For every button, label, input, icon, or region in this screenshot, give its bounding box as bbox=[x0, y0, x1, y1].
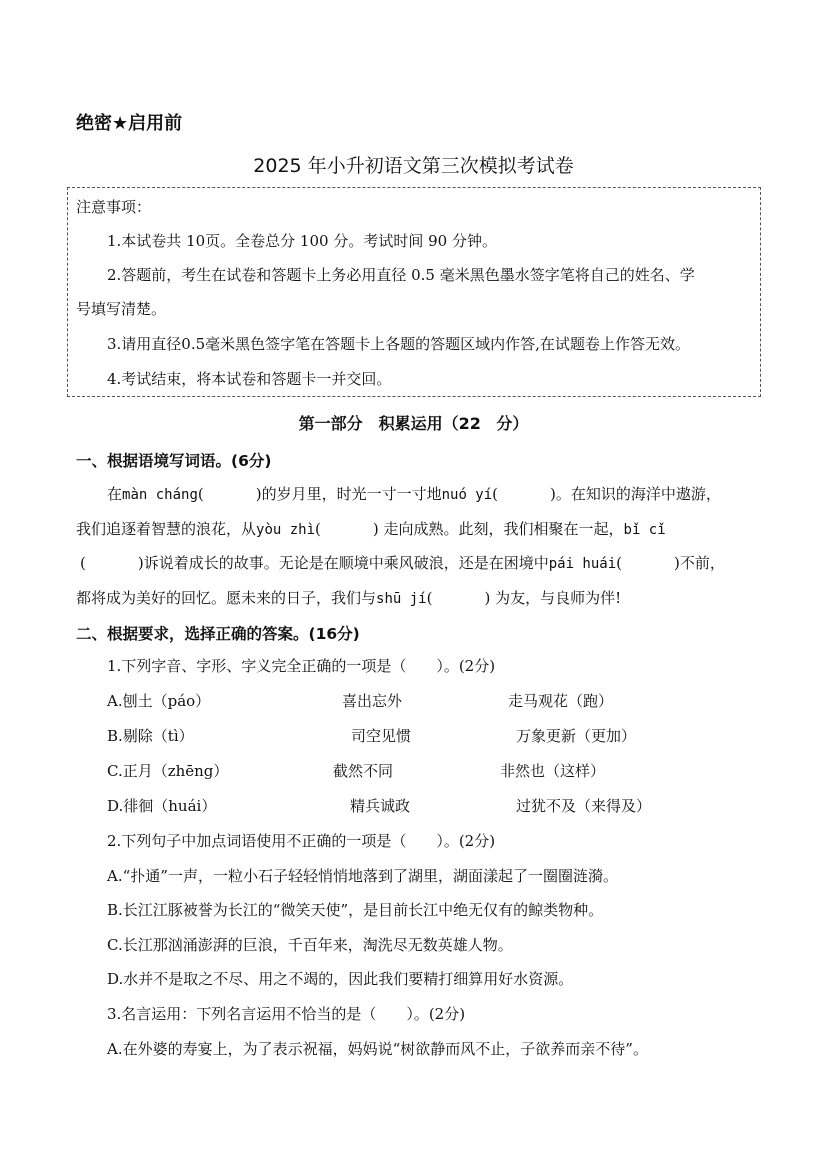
pinyin-shu-ji: shū jí bbox=[376, 591, 427, 607]
fill-line-4: 都将成为美好的回忆。愿未来的日子，我们与shū jí() 为友，与良师为伴! bbox=[76, 588, 621, 609]
q2-option-c[interactable]: C.长江那汹涌澎湃的巨浪，千百年来，淘洗尽无数英雄人物。 bbox=[107, 935, 513, 955]
text: ) 为友，与良师为伴! bbox=[484, 589, 621, 607]
q1-option-d-col2: 精兵诚政 bbox=[350, 796, 410, 816]
pinyin-nuo-yi: nuó yí bbox=[442, 487, 493, 503]
text: )。在知识的海洋中遨游， bbox=[550, 485, 721, 503]
q2-option-d[interactable]: D.水并不是取之不尽、用之不竭的，因此我们要精打细算用好水资源。 bbox=[107, 969, 573, 989]
q3-option-a[interactable]: A.在外婆的寿宴上，为了表示祝福，妈妈说“树欲静而风不止，子欲养而亲不待”。 bbox=[107, 1039, 648, 1059]
q1-option-c-col2: 截然不同 bbox=[333, 761, 393, 781]
question-3-stem: 3.名言运用：下列名言运用不恰当的是（ ）。(2分) bbox=[107, 1004, 465, 1024]
q1-option-c-col1[interactable]: C.正月（zhēng） bbox=[107, 761, 228, 781]
q2-option-a[interactable]: A.“扑通”一声，一粒小石子轻轻悄悄地落到了湖里，湖面漾起了一圈圈涟漪。 bbox=[107, 866, 618, 886]
paren: ( bbox=[492, 485, 498, 503]
q1-option-a-col1[interactable]: A.刨土（páo） bbox=[107, 691, 210, 711]
pinyin-you-zhi: yòu zhì bbox=[256, 522, 315, 538]
text: )不前， bbox=[674, 554, 725, 572]
section-one-heading: 一、根据语境写词语。(6分) bbox=[76, 449, 271, 471]
text: )的岁月里，时光一寸一寸地 bbox=[256, 485, 442, 503]
q1-option-d-col1[interactable]: D.徘徊（huái） bbox=[107, 796, 216, 816]
q1-option-a-col3: 走马观花（跑） bbox=[508, 691, 613, 711]
fill-line-1: 在màn cháng()的岁月里，时光一寸一寸地nuó yí()。在知识的海洋中… bbox=[107, 484, 721, 505]
notice-item-2-cont: 号填写清楚。 bbox=[76, 299, 166, 319]
paren: ( bbox=[315, 520, 321, 538]
notice-heading: 注意事项： bbox=[76, 197, 151, 217]
paren: ( bbox=[198, 485, 204, 503]
notice-item-1: 1.本试卷共 10页。全卷总分 100 分。考试时间 90 分钟。 bbox=[107, 231, 497, 251]
section-two-heading: 二、根据要求，选择正确的答案。(16分) bbox=[76, 622, 360, 644]
pinyin-bi-ci: bǐ cǐ bbox=[624, 522, 666, 538]
q1-option-d-col3: 过犹不及（来得及） bbox=[516, 796, 651, 816]
exam-title: 2025 年小升初语文第三次模拟考试卷 bbox=[0, 151, 827, 178]
question-1-stem: 1.下列字音、字形、字义完全正确的一项是（ ）。(2分) bbox=[107, 656, 495, 676]
q1-option-a-col2: 喜出忘外 bbox=[342, 691, 402, 711]
notice-item-3: 3.请用直径0.5毫米黑色签字笔在答题卡上各题的答题区域内作答,在试题卷上作答无… bbox=[107, 334, 690, 354]
q2-option-b[interactable]: B.长江江豚被誉为长江的“微笑天使”，是目前长江中绝无仅有的鲸类物种。 bbox=[107, 900, 603, 920]
pinyin-man-chang: màn cháng bbox=[122, 487, 198, 503]
q1-option-c-col3: 非然也（这样） bbox=[500, 761, 605, 781]
text: ) 走向成熟。此刻，我们相聚在一起， bbox=[373, 520, 624, 538]
paren: ( bbox=[80, 554, 86, 572]
question-2-stem: 2.下列句子中加点词语使用不正确的一项是（ ）。(2分) bbox=[107, 831, 495, 851]
notice-item-4: 4.考试结束，将本试卷和答题卡一并交回。 bbox=[107, 369, 391, 389]
paren: ( bbox=[427, 589, 433, 607]
part-one-title: 第一部分 积累运用（22 分） bbox=[0, 411, 827, 434]
notice-box bbox=[67, 187, 761, 397]
confidential-label: 绝密★启用前 bbox=[76, 109, 182, 135]
q1-option-b-col1[interactable]: B.剔除（tì） bbox=[107, 726, 194, 746]
text: )诉说着成长的故事。无论是在顺境中乘风破浪，还是在困境中 bbox=[138, 554, 549, 572]
q1-option-b-col3: 万象更新（更加） bbox=[516, 726, 636, 746]
q1-option-b-col2: 司空见惯 bbox=[351, 726, 411, 746]
text: 在 bbox=[107, 485, 122, 503]
text: 我们追逐着智慧的浪花，从 bbox=[76, 520, 256, 538]
fill-line-2: 我们追逐着智慧的浪花，从yòu zhì() 走向成熟。此刻，我们相聚在一起，bǐ… bbox=[76, 519, 666, 540]
fill-line-3: ()诉说着成长的故事。无论是在顺境中乘风破浪，还是在困境中pái huái()不… bbox=[80, 553, 725, 574]
text: 都将成为美好的回忆。愿未来的日子，我们与 bbox=[76, 589, 376, 607]
paren: ( bbox=[616, 554, 622, 572]
pinyin-pai-huai: pái huái bbox=[549, 556, 616, 572]
notice-item-2: 2.答题前，考生在试卷和答题卡上务必用直径 0.5 毫米黑色墨水签字笔将自己的姓… bbox=[107, 265, 695, 285]
